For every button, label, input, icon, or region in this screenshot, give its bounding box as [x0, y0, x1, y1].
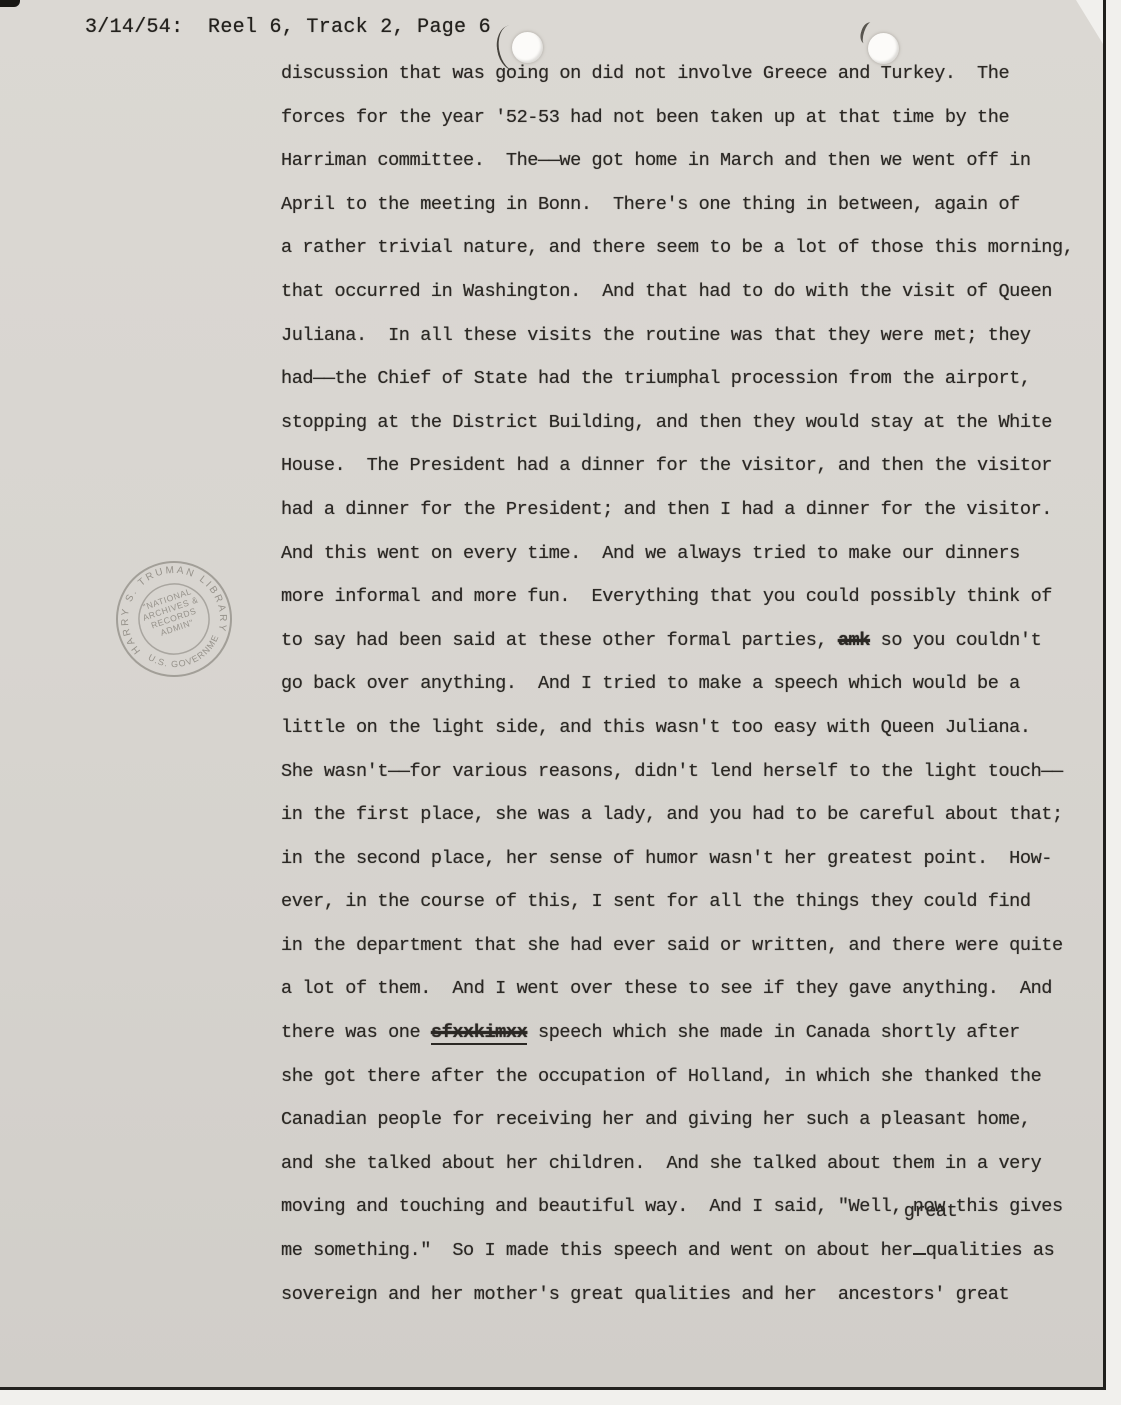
- page-header: 3/14/54: Reel 6, Track 2, Page 6: [85, 16, 491, 39]
- text-line: to say had been said at these other form…: [281, 619, 1096, 663]
- text-line: Juliana. In all these visits the routine…: [281, 314, 1096, 358]
- text-segment: Harriman committee. The——we got home in …: [281, 150, 1031, 171]
- text-line: April to the meeting in Bonn. There's on…: [281, 183, 1096, 227]
- text-line: she got there after the occupation of Ho…: [281, 1055, 1096, 1099]
- text-segment: had a dinner for the President; and then…: [281, 499, 1052, 520]
- text-segment: me something." So I made this speech and…: [281, 1240, 913, 1261]
- struck-out-word: amk: [838, 630, 870, 651]
- text-segment: House. The President had a dinner for th…: [281, 455, 1052, 476]
- text-segment: sovereign and her mother's great qualiti…: [281, 1284, 1009, 1305]
- struck-out-word: sfxxkimxx: [431, 1022, 527, 1045]
- text-line: House. The President had a dinner for th…: [281, 444, 1096, 488]
- text-line: ever, in the course of this, I sent for …: [281, 880, 1096, 924]
- text-line: had——the Chief of State had the triumpha…: [281, 357, 1096, 401]
- text-segment: discussion that was going on did not inv…: [281, 63, 1009, 84]
- typed-text: discussion that was going on did not inv…: [281, 52, 1096, 1316]
- text-line: there was one sfxxkimxx speech which she…: [281, 1011, 1096, 1055]
- text-line: me something." So I made this speech and…: [281, 1229, 1096, 1273]
- text-line: And this went on every time. And we alwa…: [281, 532, 1096, 576]
- text-line: She wasn't——for various reasons, didn't …: [281, 750, 1096, 794]
- text-segment: in the first place, she was a lady, and …: [281, 804, 1063, 825]
- text-line: go back over anything. And I tried to ma…: [281, 662, 1096, 706]
- text-segment: more informal and more fun. Everything t…: [281, 586, 1052, 607]
- inserted-word-marker: great: [913, 1234, 926, 1255]
- document-page: 3/14/54: Reel 6, Track 2, Page 6 discuss…: [0, 0, 1106, 1390]
- text-line: a lot of them. And I went over these to …: [281, 967, 1096, 1011]
- page-corner-notch: [1076, 0, 1103, 44]
- text-line: in the second place, her sense of humor …: [281, 837, 1096, 881]
- text-line: that occurred in Washington. And that ha…: [281, 270, 1096, 314]
- inserted-word: great: [904, 1190, 958, 1234]
- text-segment: qualities as: [926, 1240, 1055, 1261]
- truman-library-stamp: HARRY S. TRUMAN LIBRARY U.S. GOVERNMENT …: [70, 515, 278, 723]
- text-line: forces for the year '52-53 had not been …: [281, 96, 1096, 140]
- text-line: moving and touching and beautiful way. A…: [281, 1185, 1096, 1229]
- text-segment: and she talked about her children. And s…: [281, 1153, 1041, 1174]
- text-segment: And this went on every time. And we alwa…: [281, 543, 1020, 564]
- text-segment: little on the light side, and this wasn'…: [281, 717, 1031, 738]
- text-line: little on the light side, and this wasn'…: [281, 706, 1096, 750]
- text-line: had a dinner for the President; and then…: [281, 488, 1096, 532]
- text-segment: stopping at the District Building, and t…: [281, 412, 1052, 433]
- text-line: and she talked about her children. And s…: [281, 1142, 1096, 1186]
- text-segment: Juliana. In all these visits the routine…: [281, 325, 1031, 346]
- text-segment: to say had been said at these other form…: [281, 630, 838, 651]
- text-segment: Canadian people for receiving her and gi…: [281, 1109, 1031, 1130]
- text-line: stopping at the District Building, and t…: [281, 401, 1096, 445]
- text-line: sovereign and her mother's great qualiti…: [281, 1273, 1096, 1317]
- text-segment: forces for the year '52-53 had not been …: [281, 107, 1009, 128]
- text-line: a rather trivial nature, and there seem …: [281, 226, 1096, 270]
- text-line: in the first place, she was a lady, and …: [281, 793, 1096, 837]
- text-segment: in the department that she had ever said…: [281, 935, 1063, 956]
- text-segment: go back over anything. And I tried to ma…: [281, 673, 1020, 694]
- text-segment: speech which she made in Canada shortly …: [527, 1022, 1020, 1043]
- text-line: more informal and more fun. Everything t…: [281, 575, 1096, 619]
- text-segment: She wasn't——for various reasons, didn't …: [281, 761, 1063, 782]
- scan-corner-mark: [0, 0, 20, 7]
- text-segment: that occurred in Washington. And that ha…: [281, 281, 1052, 302]
- text-segment: a lot of them. And I went over these to …: [281, 978, 1052, 999]
- text-segment: so you couldn't: [870, 630, 1041, 651]
- text-segment: she got there after the occupation of Ho…: [281, 1066, 1041, 1087]
- text-segment: ever, in the course of this, I sent for …: [281, 891, 1031, 912]
- text-line: discussion that was going on did not inv…: [281, 52, 1096, 96]
- text-line: Canadian people for receiving her and gi…: [281, 1098, 1096, 1142]
- text-line: in the department that she had ever said…: [281, 924, 1096, 968]
- text-segment: a rather trivial nature, and there seem …: [281, 237, 1073, 258]
- text-segment: April to the meeting in Bonn. There's on…: [281, 194, 1020, 215]
- text-segment: there was one: [281, 1022, 431, 1043]
- text-segment: had——the Chief of State had the triumpha…: [281, 368, 1031, 389]
- text-line: Harriman committee. The——we got home in …: [281, 139, 1096, 183]
- text-segment: in the second place, her sense of humor …: [281, 848, 1052, 869]
